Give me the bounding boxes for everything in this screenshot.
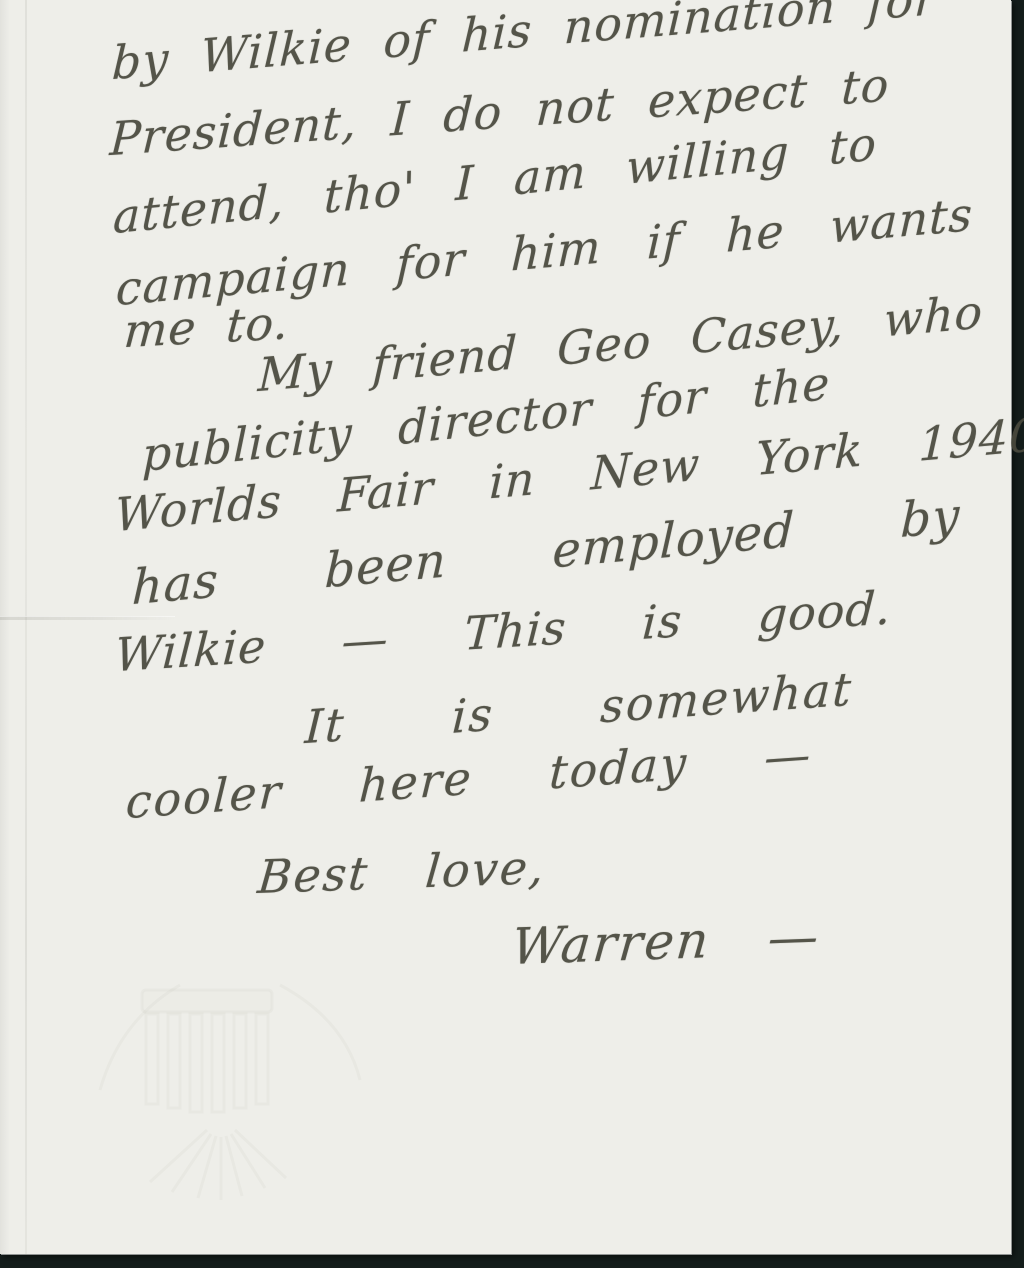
vertical-fold-line [25, 0, 27, 1254]
letter-signature: Warren — [509, 907, 822, 976]
horizontal-crease-line [0, 616, 175, 620]
embossed-shield-seal-icon [60, 930, 400, 1220]
paper-edge-shade [0, 0, 10, 1254]
letter-closing: Best love, [256, 840, 549, 904]
letter-paper: by Wilkie of his nomination for Presiden… [0, 0, 1011, 1254]
scanned-letter-page: by Wilkie of his nomination for Presiden… [0, 0, 1024, 1268]
